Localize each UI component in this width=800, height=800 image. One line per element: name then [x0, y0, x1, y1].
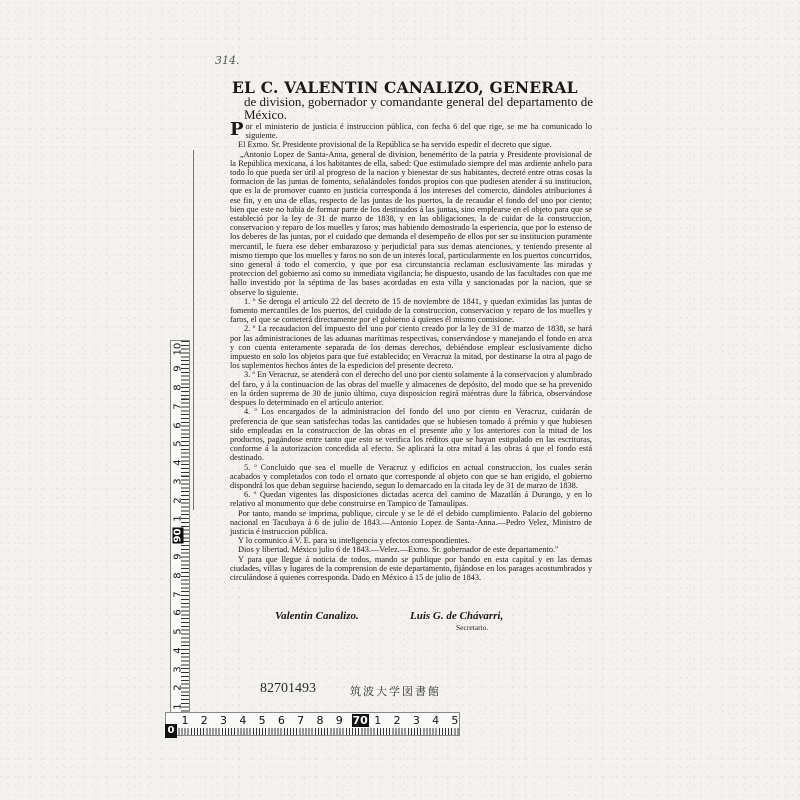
article-text: En Veracruz, se atenderá con el derecho …	[230, 370, 592, 407]
article-number: 1. º	[244, 297, 258, 306]
signature-block: Valentin Canalizo. Luis G. de Chávarri, …	[230, 610, 592, 640]
article-text: Los encargados de la administracion del …	[230, 407, 592, 462]
library-stamp: 筑波大学図書館	[350, 683, 441, 699]
article-number: 4. º	[244, 407, 261, 416]
ruler-label: 6	[173, 419, 184, 431]
intro-paragraph: Por el ministerio de justicia é instrucc…	[230, 122, 592, 140]
ruler-label: 70	[352, 714, 366, 727]
ruler-label: 9	[332, 714, 346, 727]
ruler-label: 1	[371, 714, 385, 727]
ruler-label: 4	[173, 457, 184, 469]
ruler-label: 10	[173, 344, 184, 356]
drop-cap: P	[230, 122, 244, 137]
ruler-label: 9	[173, 550, 184, 562]
catalog-number: 82701493	[260, 681, 316, 697]
article-text: La recaudacion del impuesto del uno por …	[230, 324, 592, 370]
ruler-label: 2	[173, 494, 184, 506]
ruler-label: 4	[173, 644, 184, 656]
ruler-label: 1	[173, 513, 184, 525]
ruler-label: 9	[173, 363, 184, 375]
closing-paragraph: Dios y libertad. México julio 6 de 1843.…	[230, 545, 592, 554]
decree-article: 2. º La recaudacion del impuesto del uno…	[230, 324, 592, 370]
ruler-label: 90	[173, 532, 184, 544]
secretary-role: Secretario.	[456, 623, 488, 632]
article-number: 5. º	[244, 463, 261, 472]
ruler-label: 4	[236, 714, 250, 727]
closing-paragraph: Y lo comunico á V. E. para su inteligenc…	[230, 536, 592, 545]
closing-paragraph: Por tanto, mando se imprima, publique, c…	[230, 509, 592, 537]
ruler-label: 3	[173, 663, 184, 675]
article-text: Concluido que sea el muelle de Veracruz …	[230, 463, 592, 490]
ruler-label: 6	[274, 714, 288, 727]
ruler-label: 5	[255, 714, 269, 727]
document-subtitle: de division, gobernador y comandante gen…	[244, 95, 594, 121]
ruler-label: 3	[217, 714, 231, 727]
signature-secretary: Luis G. de Chávarri,	[410, 610, 503, 622]
decree-article: 3. º En Veracruz, se atenderá con el der…	[230, 370, 592, 407]
ruler-label: 1	[173, 701, 184, 713]
decree-articles: 1. º Se deroga el artículo 22 del decret…	[230, 297, 592, 509]
horizontal-scale-ruler: 1234567897012345	[165, 712, 460, 736]
ruler-label: 2	[173, 682, 184, 694]
ruler-label: 3	[173, 475, 184, 487]
folio-number: 314.	[215, 54, 240, 67]
document-body: Por el ministerio de justicia é instrucc…	[230, 122, 592, 582]
ruler-label: 7	[173, 400, 184, 412]
decree-preamble: „Antonio Lopez de Santa-Anna, general de…	[230, 150, 592, 297]
ruler-label: 7	[173, 588, 184, 600]
ruler-label: 1	[178, 714, 192, 727]
article-number: 6. º	[244, 490, 260, 499]
decree-article: 4. º Los encargados de la administracion…	[230, 407, 592, 462]
signature-governor: Valentin Canalizo.	[275, 610, 359, 622]
vertical-scale-ruler: 1234567899012345678910	[170, 340, 190, 725]
ruler-label: 6	[173, 607, 184, 619]
article-number: 3. º	[244, 370, 257, 379]
ruler-label: 5	[448, 714, 462, 727]
ruler-label: 7	[294, 714, 308, 727]
ruler-label: 8	[173, 381, 184, 393]
ruler-label: 2	[197, 714, 211, 727]
ruler-label: 8	[313, 714, 327, 727]
article-text: Quedan vigentes las disposiciones dictad…	[230, 490, 592, 508]
ruler-label: 4	[429, 714, 443, 727]
ruler-ticks	[166, 728, 459, 735]
ruler-label: 2	[390, 714, 404, 727]
closing-paragraph: Y para que llegue á noticia de todos, ma…	[230, 555, 592, 583]
ruler-label: 5	[173, 438, 184, 450]
decree-article: 5. º Concluido que sea el muelle de Vera…	[230, 463, 592, 491]
ruler-label: 8	[173, 569, 184, 581]
ruler-label: 3	[409, 714, 423, 727]
article-text: Se deroga el artículo 22 del decreto de …	[230, 297, 592, 324]
page-edge-line	[193, 150, 194, 510]
presidential-note: El Exmo. Sr. Presidente provisional de l…	[230, 140, 592, 149]
ruler-zero-mark: 0	[165, 724, 177, 738]
article-number: 2. º	[244, 324, 258, 333]
decree-article: 1. º Se deroga el artículo 22 del decret…	[230, 297, 592, 325]
ruler-label: 5	[173, 626, 184, 638]
decree-article: 6. º Quedan vigentes las disposiciones d…	[230, 490, 592, 508]
